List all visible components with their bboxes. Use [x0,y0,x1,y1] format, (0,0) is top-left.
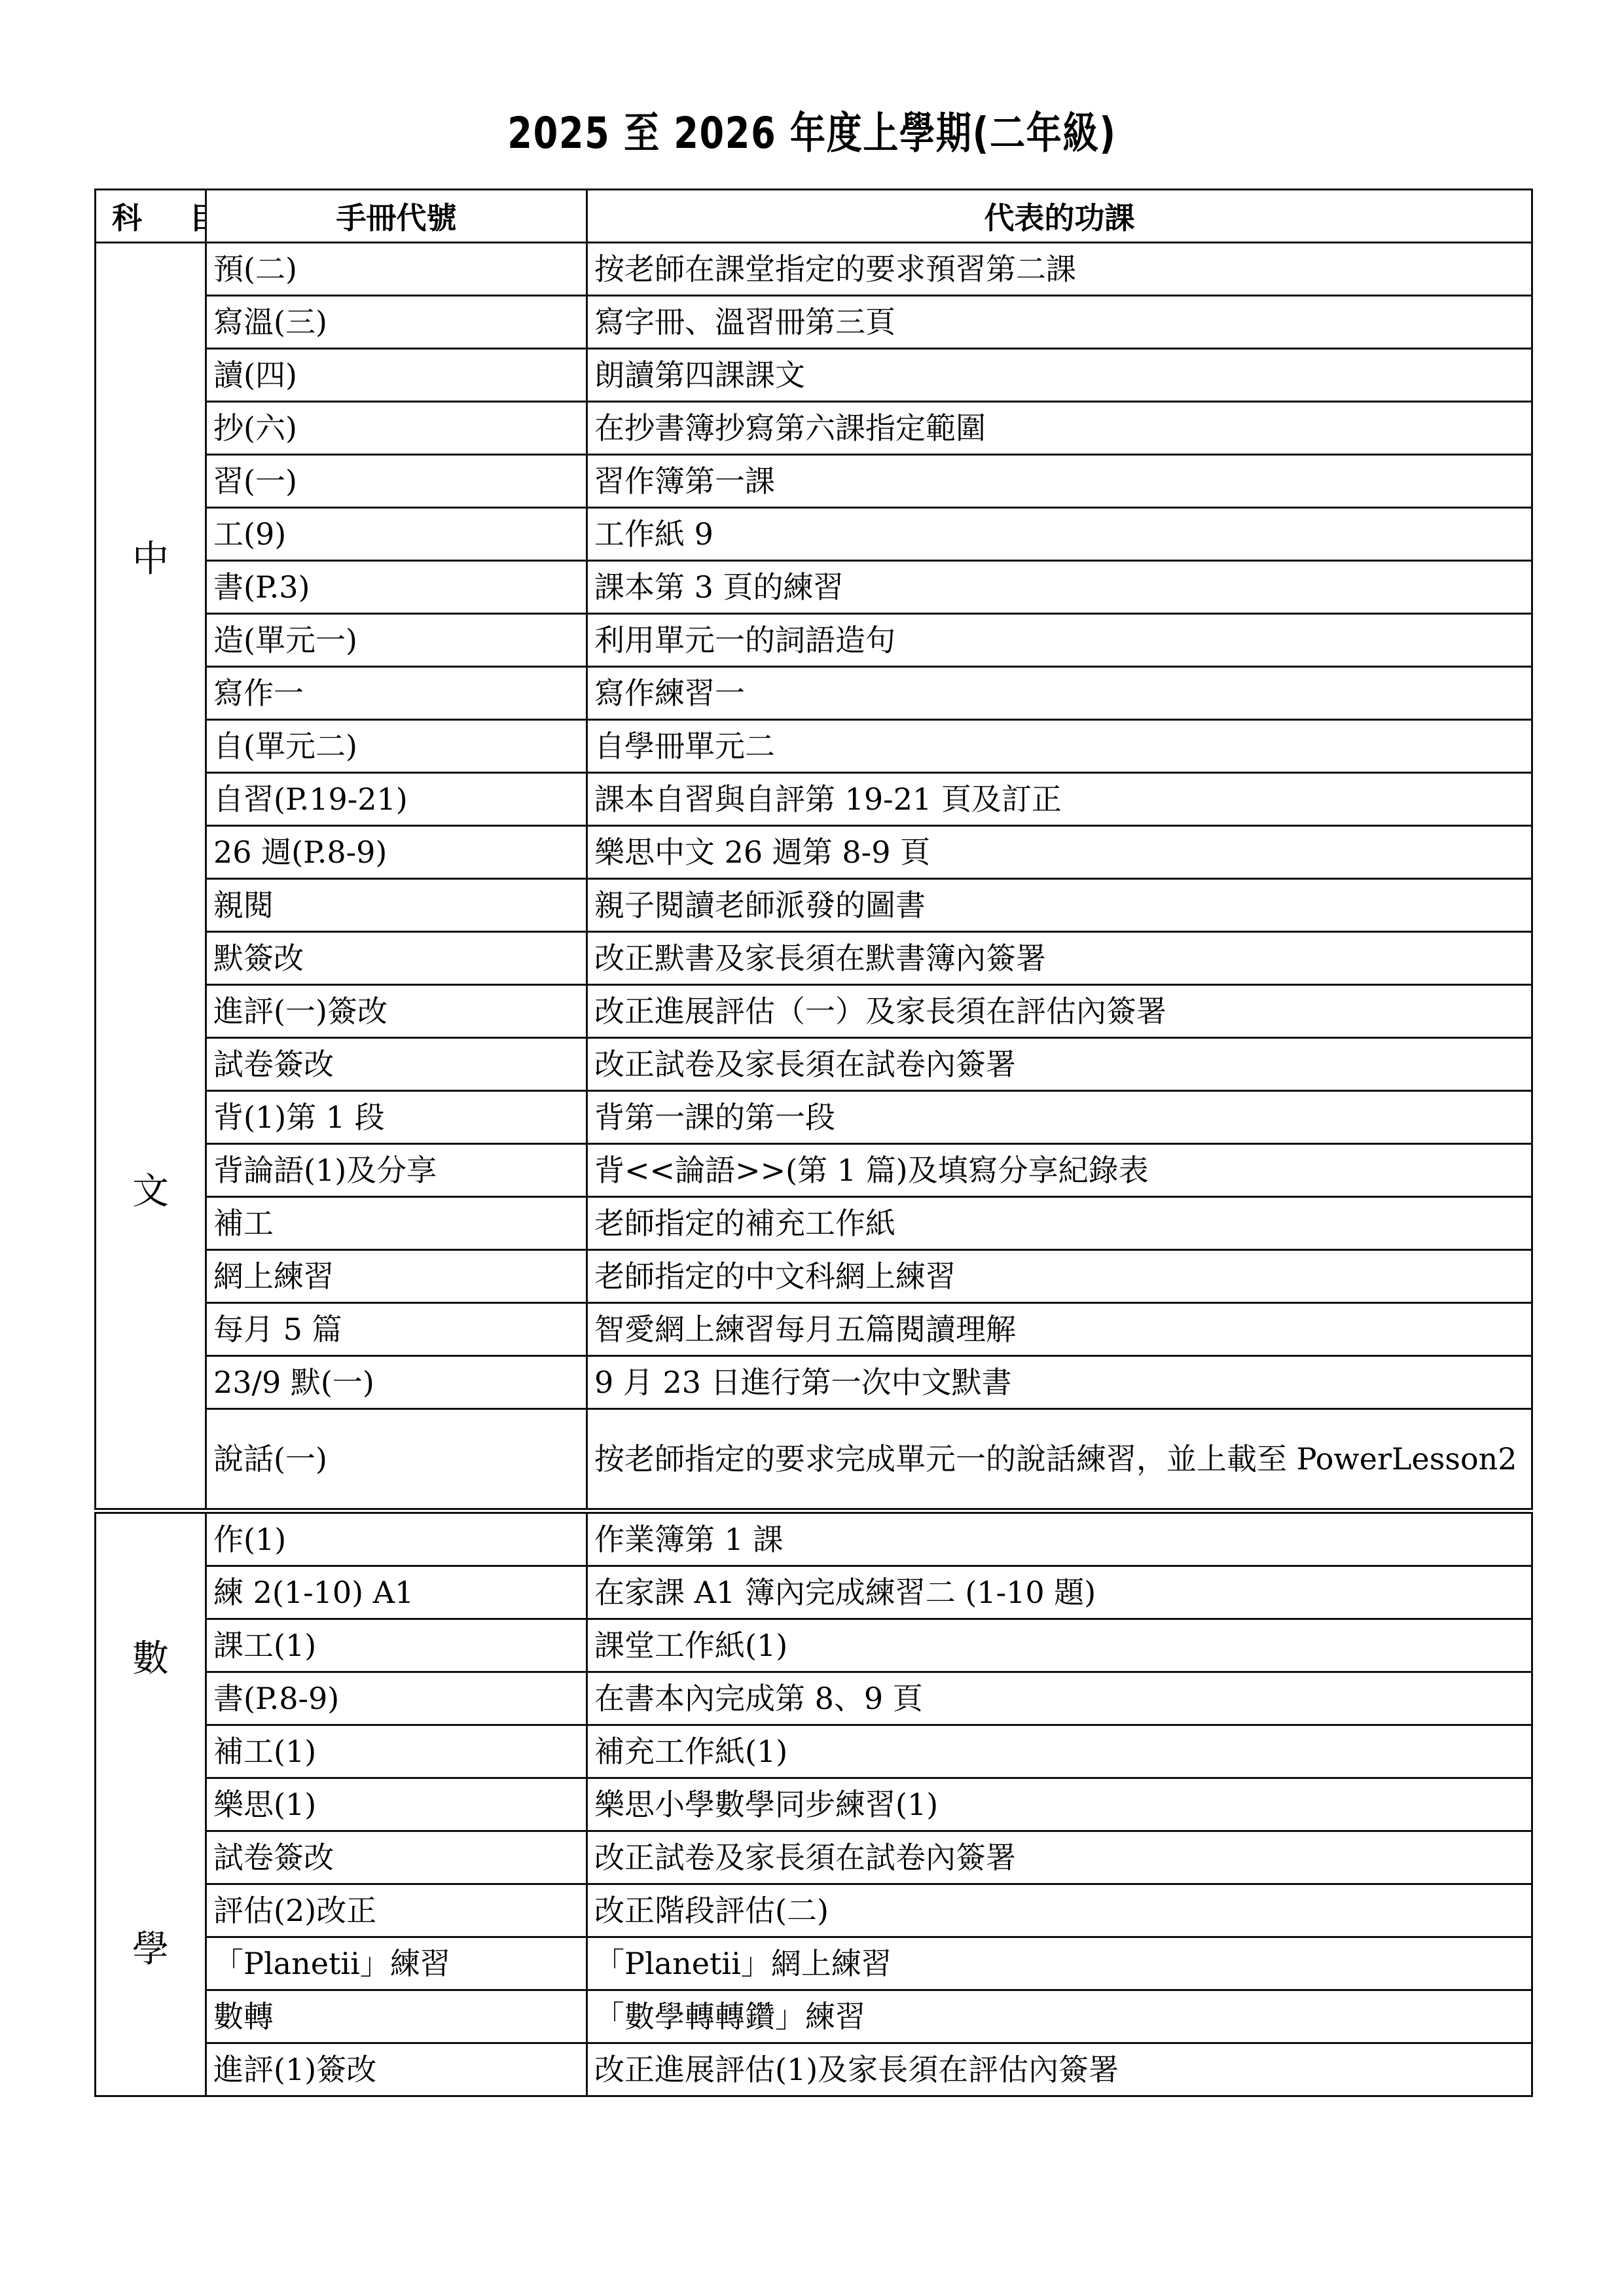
code-cell: 進評(1)簽改 [206,2043,587,2096]
code-cell: 親閱 [206,879,587,932]
code-cell: 樂思(1) [206,1778,587,1831]
description-cell: 背第一課的第一段 [587,1091,1532,1144]
description-cell: 改正試卷及家長須在試卷內簽署 [587,1831,1532,1884]
code-cell: 23/9 默(一) [206,1356,587,1409]
code-cell: 作(1) [206,1511,587,1566]
description-cell: 樂思中文 26 週第 8-9 頁 [587,826,1532,879]
description-cell: 工作紙 9 [587,508,1532,561]
description-cell: 改正默書及家長須在默書簿內簽署 [587,932,1532,985]
table-row: 數轉「數學轉轉鑽」練習 [96,1990,1532,2043]
table-row: 試卷簽改改正試卷及家長須在試卷內簽署 [96,1038,1532,1091]
description-cell: 補充工作紙(1) [587,1725,1532,1778]
code-cell: 抄(六) [206,402,587,455]
description-cell: 朗讀第四課課文 [587,349,1532,402]
code-cell: 網上練習 [206,1250,587,1303]
subject-cell: 中文 [96,243,206,1511]
description-cell: 在抄書簿抄寫第六課指定範圍 [587,402,1532,455]
description-cell: 「數學轉轉鑽」練習 [587,1990,1532,2043]
header-code: 手冊代號 [206,190,587,243]
table-row: 親閱親子閱讀老師派發的圖書 [96,879,1532,932]
description-cell: 按老師指定的要求完成單元一的說話練習，並上載至 PowerLesson2 [587,1409,1532,1511]
code-cell: 默簽改 [206,932,587,985]
table-header-row: 科 目 手冊代號 代表的功課 [96,190,1532,243]
table-row: 寫作一寫作練習一 [96,667,1532,720]
description-cell: 老師指定的中文科網上練習 [587,1250,1532,1303]
description-cell: 課本第 3 頁的練習 [587,561,1532,614]
description-cell: 在書本內完成第 8、9 頁 [587,1672,1532,1725]
table-row: 進評(一)簽改改正進展評估（一）及家長須在評估內簽署 [96,985,1532,1038]
table-row: 抄(六)在抄書簿抄寫第六課指定範圍 [96,402,1532,455]
code-cell: 補工(1) [206,1725,587,1778]
subject-char: 文 [132,1172,169,1212]
description-cell: 智愛網上練習每月五篇閱讀理解 [587,1303,1532,1356]
table-row: 說話(一)按老師指定的要求完成單元一的說話練習，並上載至 PowerLesson… [96,1409,1532,1511]
code-cell: 進評(一)簽改 [206,985,587,1038]
code-cell: 26 週(P.8-9) [206,826,587,879]
table-row: 「Planetii」練習「Planetii」網上練習 [96,1937,1532,1990]
description-cell: 在家課 A1 簿內完成練習二 (1-10 題) [587,1566,1532,1619]
code-cell: 試卷簽改 [206,1038,587,1091]
code-cell: 說話(一) [206,1409,587,1511]
description-cell: 背<<論語>>(第 1 篇)及填寫分享紀錄表 [587,1144,1532,1197]
table-row: 默簽改改正默書及家長須在默書簿內簽署 [96,932,1532,985]
subject-label: 中文 [96,243,205,1508]
code-cell: 評估(2)改正 [206,1884,587,1937]
description-cell: 改正階段評估(二) [587,1884,1532,1937]
table-row: 樂思(1)樂思小學數學同步練習(1) [96,1778,1532,1831]
code-cell: 工(9) [206,508,587,561]
description-cell: 樂思小學數學同步練習(1) [587,1778,1532,1831]
table-row: 26 週(P.8-9)樂思中文 26 週第 8-9 頁 [96,826,1532,879]
table-row: 網上練習老師指定的中文科網上練習 [96,1250,1532,1303]
description-cell: 習作簿第一課 [587,455,1532,508]
table-row: 中文預(二)按老師在課堂指定的要求預習第二課 [96,243,1532,296]
description-cell: 寫作練習一 [587,667,1532,720]
code-cell: 數轉 [206,1990,587,2043]
description-cell: 9 月 23 日進行第一次中文默書 [587,1356,1532,1409]
description-cell: 老師指定的補充工作紙 [587,1197,1532,1250]
table-body: 中文預(二)按老師在課堂指定的要求預習第二課寫溫(三)寫字冊、溫習冊第三頁讀(四… [96,243,1532,2096]
table-row: 書(P.8-9)在書本內完成第 8、9 頁 [96,1672,1532,1725]
table-row: 背論語(1)及分享背<<論語>>(第 1 篇)及填寫分享紀錄表 [96,1144,1532,1197]
table-row: 試卷簽改改正試卷及家長須在試卷內簽署 [96,1831,1532,1884]
code-cell: 書(P.3) [206,561,587,614]
table-row: 補工(1)補充工作紙(1) [96,1725,1532,1778]
description-cell: 改正試卷及家長須在試卷內簽署 [587,1038,1532,1091]
code-cell: 預(二) [206,243,587,296]
description-cell: 課本自習與自評第 19-21 頁及訂正 [587,773,1532,826]
code-cell: 背論語(1)及分享 [206,1144,587,1197]
table-row: 進評(1)簽改改正進展評估(1)及家長須在評估內簽署 [96,2043,1532,2096]
description-cell: 改正進展評估（一）及家長須在評估內簽署 [587,985,1532,1038]
subject-char: 中 [132,539,169,580]
table-row: 讀(四)朗讀第四課課文 [96,349,1532,402]
code-cell: 造(單元一) [206,614,587,667]
table-row: 自(單元二)自學冊單元二 [96,720,1532,773]
code-cell: 「Planetii」練習 [206,1937,587,1990]
description-cell: 自學冊單元二 [587,720,1532,773]
description-cell: 作業簿第 1 課 [587,1511,1532,1566]
subject-label: 數學 [96,1514,205,2095]
table-row: 補工老師指定的補充工作紙 [96,1197,1532,1250]
description-cell: 按老師在課堂指定的要求預習第二課 [587,243,1532,296]
description-cell: 改正進展評估(1)及家長須在評估內簽署 [587,2043,1532,2096]
table-row: 寫溫(三)寫字冊、溫習冊第三頁 [96,296,1532,349]
code-cell: 練 2(1-10) A1 [206,1566,587,1619]
subject-char: 數 [132,1639,169,1679]
code-cell: 補工 [206,1197,587,1250]
subject-char: 學 [132,1929,169,1970]
code-cell: 自(單元二) [206,720,587,773]
code-cell: 讀(四) [206,349,587,402]
table-row: 習(一)習作簿第一課 [96,455,1532,508]
code-cell: 試卷簽改 [206,1831,587,1884]
table-row: 背(1)第 1 段背第一課的第一段 [96,1091,1532,1144]
table-row: 練 2(1-10) A1在家課 A1 簿內完成練習二 (1-10 題) [96,1566,1532,1619]
table-row: 數學作(1)作業簿第 1 課 [96,1511,1532,1566]
document-title: 2025 至 2026 年度上學期(二年級) [146,98,1477,160]
table-row: 自習(P.19-21)課本自習與自評第 19-21 頁及訂正 [96,773,1532,826]
code-cell: 背(1)第 1 段 [206,1091,587,1144]
table-row: 書(P.3)課本第 3 頁的練習 [96,561,1532,614]
table-row: 評估(2)改正改正階段評估(二) [96,1884,1532,1937]
table-row: 每月 5 篇智愛網上練習每月五篇閱讀理解 [96,1303,1532,1356]
code-cell: 每月 5 篇 [206,1303,587,1356]
code-cell: 習(一) [206,455,587,508]
subject-cell: 數學 [96,1511,206,2096]
code-cell: 寫作一 [206,667,587,720]
description-cell: 利用單元一的詞語造句 [587,614,1532,667]
table-row: 課工(1)課堂工作紙(1) [96,1619,1532,1672]
homework-code-table: 科 目 手冊代號 代表的功課 中文預(二)按老師在課堂指定的要求預習第二課寫溫(… [94,188,1533,2097]
table-row: 造(單元一)利用單元一的詞語造句 [96,614,1532,667]
code-cell: 寫溫(三) [206,296,587,349]
code-cell: 課工(1) [206,1619,587,1672]
header-subject: 科 目 [96,190,206,243]
code-cell: 自習(P.19-21) [206,773,587,826]
table-row: 工(9)工作紙 9 [96,508,1532,561]
description-cell: 課堂工作紙(1) [587,1619,1532,1672]
code-cell: 書(P.8-9) [206,1672,587,1725]
description-cell: 寫字冊、溫習冊第三頁 [587,296,1532,349]
table-row: 23/9 默(一)9 月 23 日進行第一次中文默書 [96,1356,1532,1409]
description-cell: 親子閱讀老師派發的圖書 [587,879,1532,932]
description-cell: 「Planetii」網上練習 [587,1937,1532,1990]
header-description: 代表的功課 [587,190,1532,243]
